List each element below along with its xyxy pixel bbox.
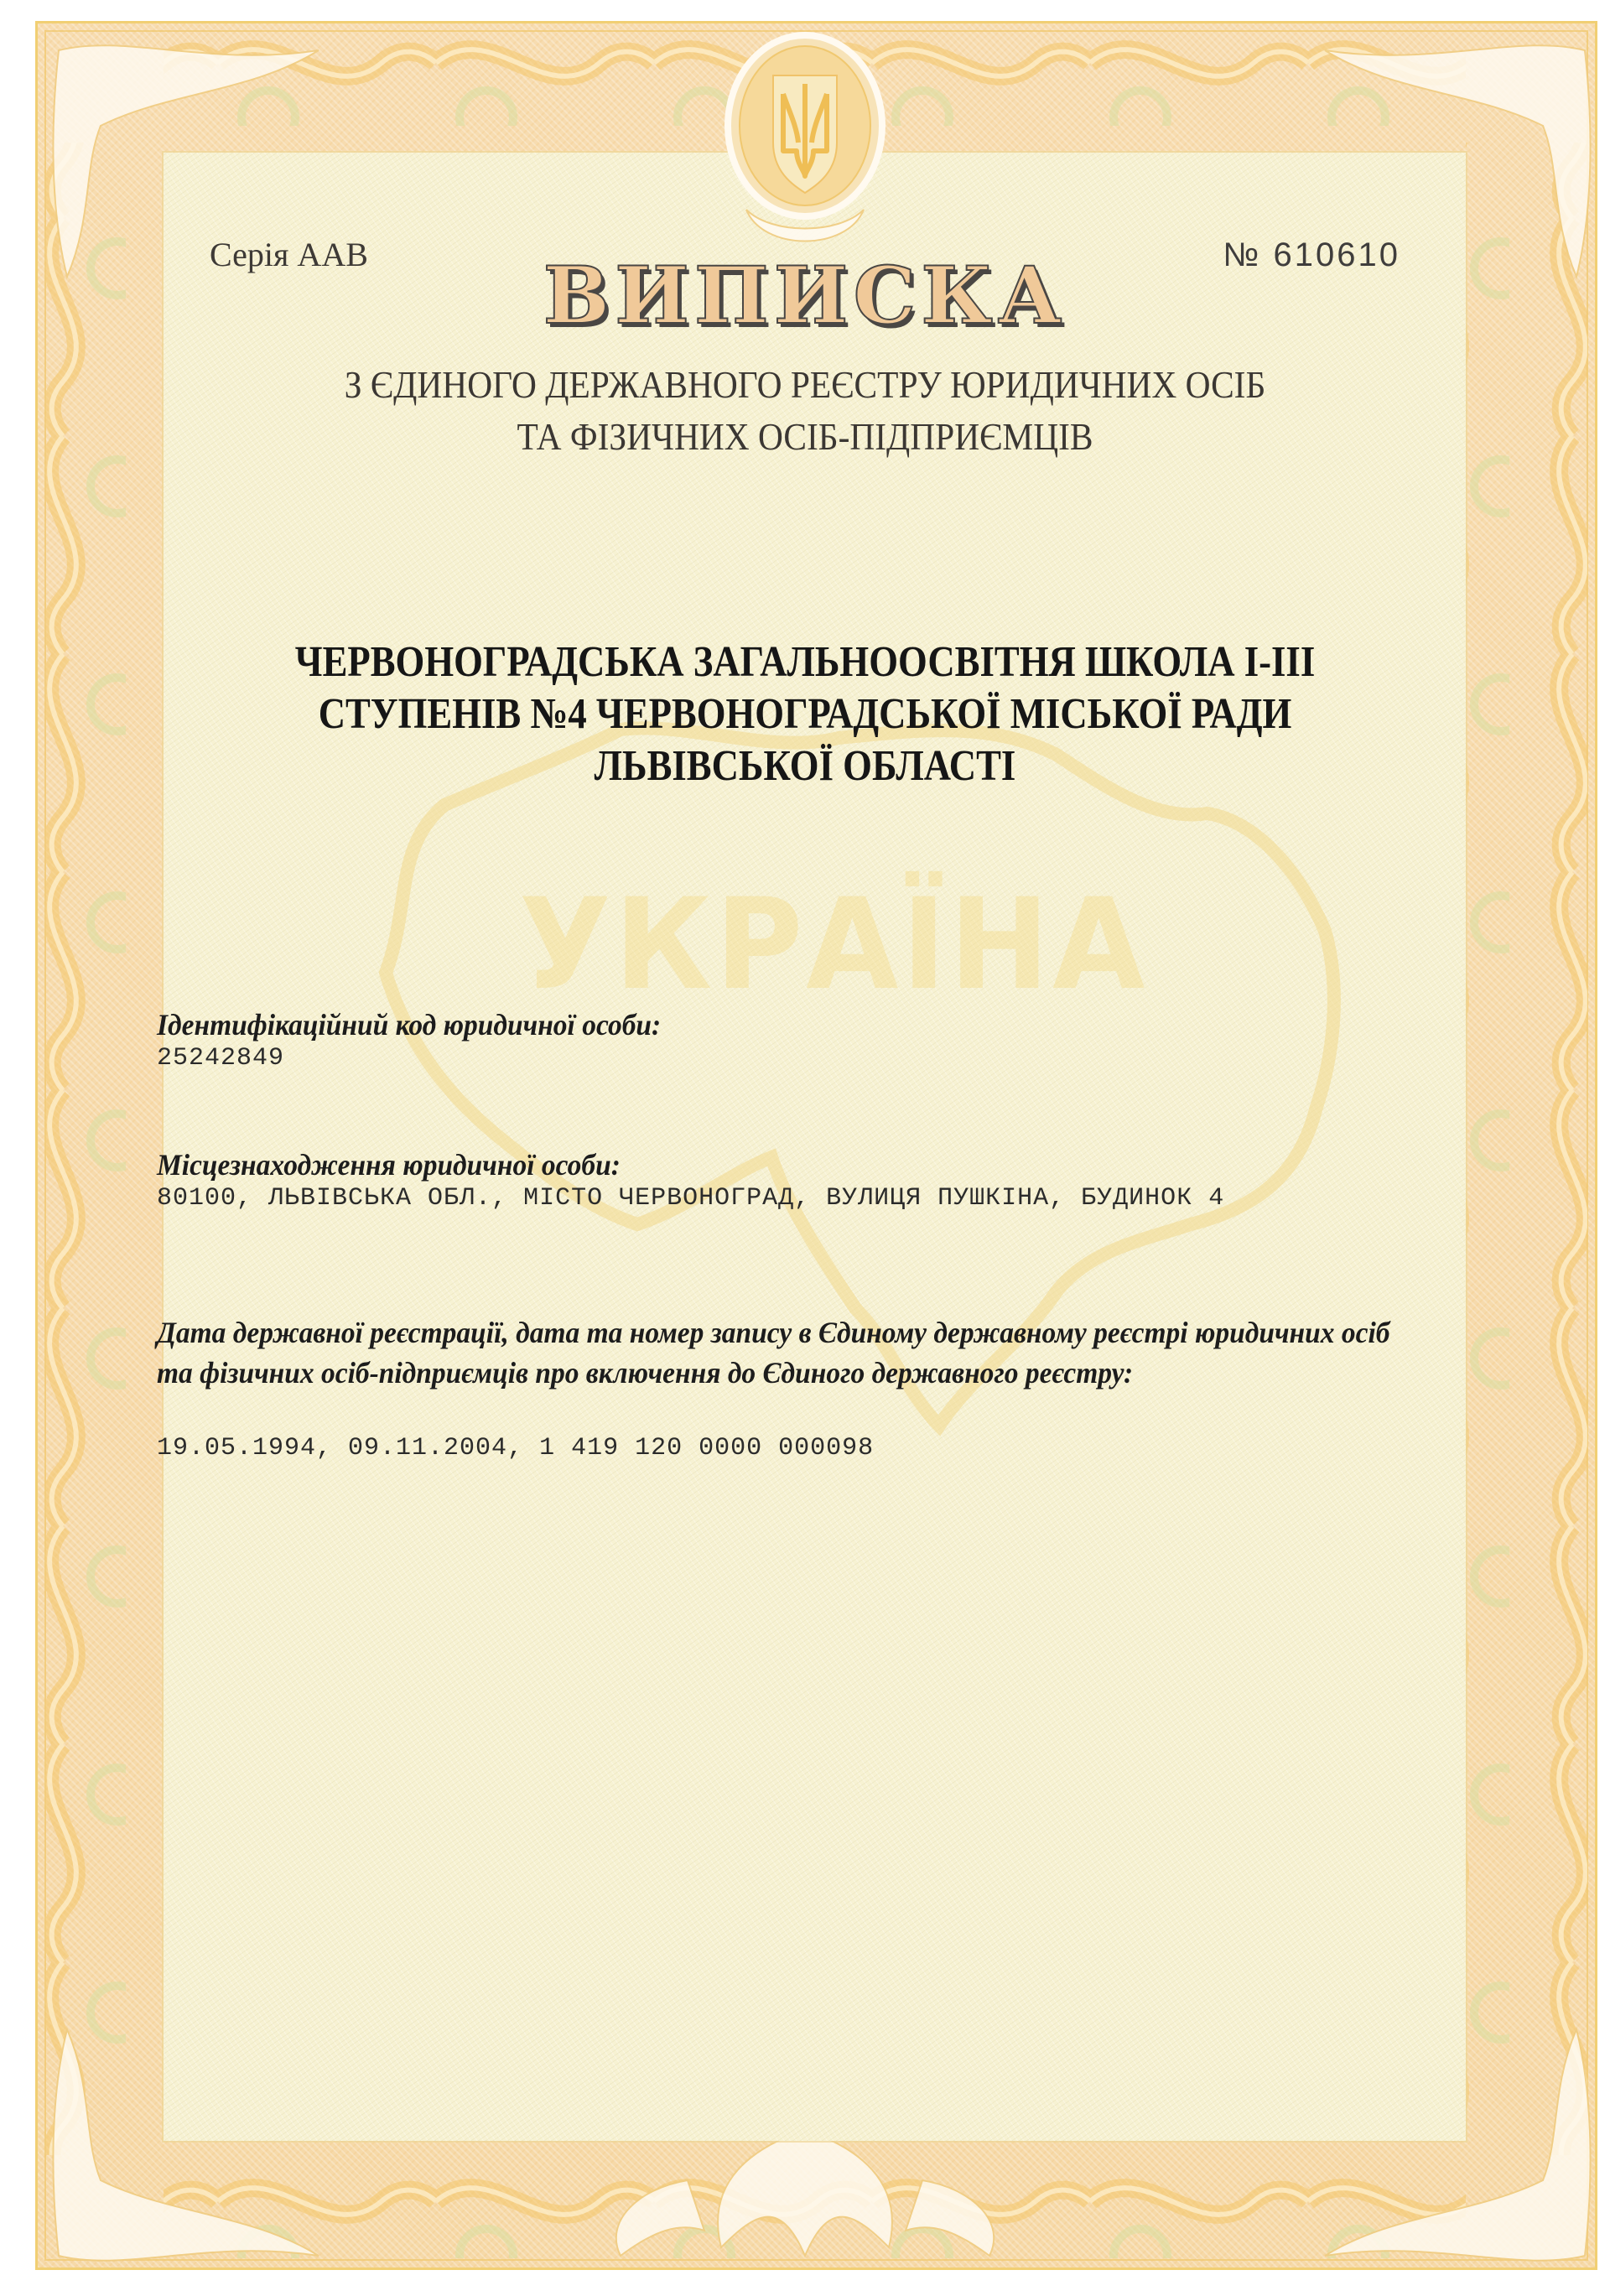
trident-emblem-icon	[721, 17, 889, 268]
organization-name-line-3: ЛЬВІВСЬКОЇ ОБЛАСТІ	[112, 741, 1497, 791]
organization-name-line-2: СТУПЕНІВ №4 ЧЕРВОНОГРАДСЬКОЇ МІСЬКОЇ РАД…	[112, 689, 1497, 739]
identification-code-value: 25242849	[157, 1038, 284, 1078]
registration-value: 19.05.1994, 09.11.2004, 1 419 120 0000 0…	[157, 1428, 874, 1468]
watermark-ukraine: УКРАЇНА	[519, 872, 1124, 1018]
organization-name-line-1: ЧЕРВОНОГРАДСЬКА ЗАГАЛЬНООСВІТНЯ ШКОЛА І-…	[112, 637, 1497, 687]
registration-label: Дата державної реєстрації, дата та номер…	[157, 1312, 1405, 1393]
subtitle-line-2: ТА ФІЗИЧНИХ ОСІБ-ПІДПРИЄМЦІВ	[80, 414, 1529, 459]
document-title: ВИПИСКА	[0, 250, 1610, 342]
location-value: 80100, ЛЬВІВСЬКА ОБЛ., МІСТО ЧЕРВОНОГРАД…	[157, 1178, 1415, 1218]
subtitle-line-1: З ЄДИНОГО ДЕРЖАВНОГО РЕЄСТРУ ЮРИДИЧНИХ О…	[80, 362, 1529, 407]
